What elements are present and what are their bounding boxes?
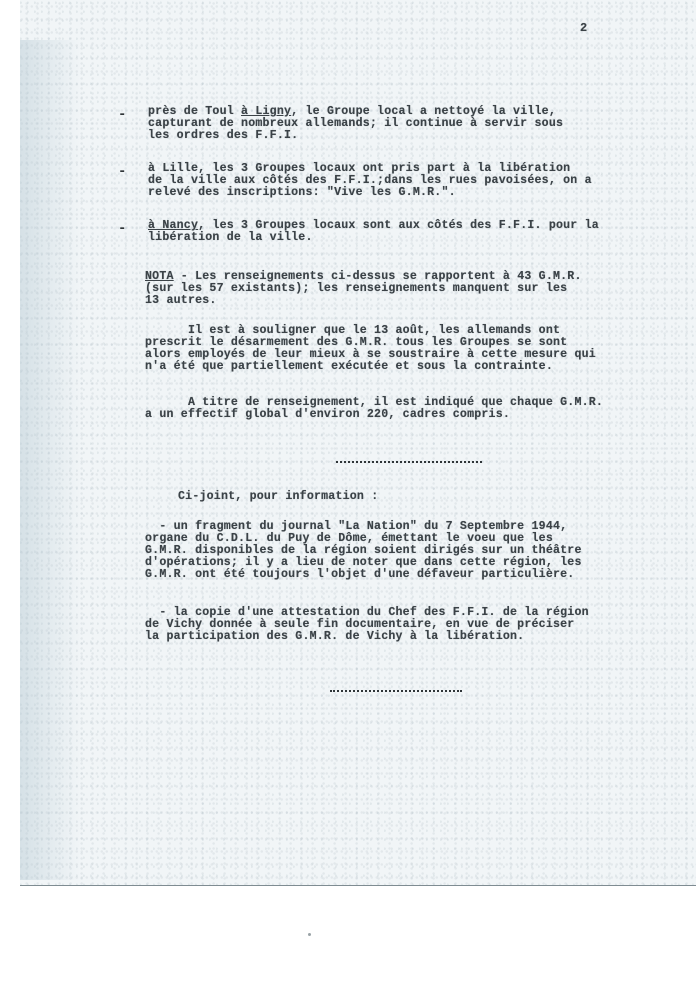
scan-speck (308, 933, 311, 936)
bullet-dash: - (118, 107, 126, 123)
enclosures-heading: Ci-joint, pour information : (178, 491, 378, 503)
item-3-line-2: libération de la ville. (148, 232, 313, 244)
para-2-line-2: a un effectif global d'environ 220, cadr… (145, 409, 510, 421)
item-2-line-3: relevé des inscriptions: "Vive les G.M.R… (148, 187, 456, 199)
para-1-line-4: n'a été que partiellement exécutée et so… (145, 361, 553, 373)
separator-rule (330, 690, 462, 692)
item-1-line-3: les ordres des F.F.I. (148, 130, 298, 142)
bullet-dash: - (118, 221, 126, 237)
scanned-page (20, 0, 696, 886)
enclosure-1-line-5: G.M.R. ont été toujours l'objet d'une dé… (145, 569, 574, 581)
nota-line-3: 13 autres. (145, 295, 217, 307)
separator-rule (336, 461, 482, 463)
enclosure-2-line-3: la participation des G.M.R. de Vichy à l… (145, 631, 524, 643)
bullet-dash: - (118, 164, 126, 180)
page-number: 2 (580, 22, 587, 34)
